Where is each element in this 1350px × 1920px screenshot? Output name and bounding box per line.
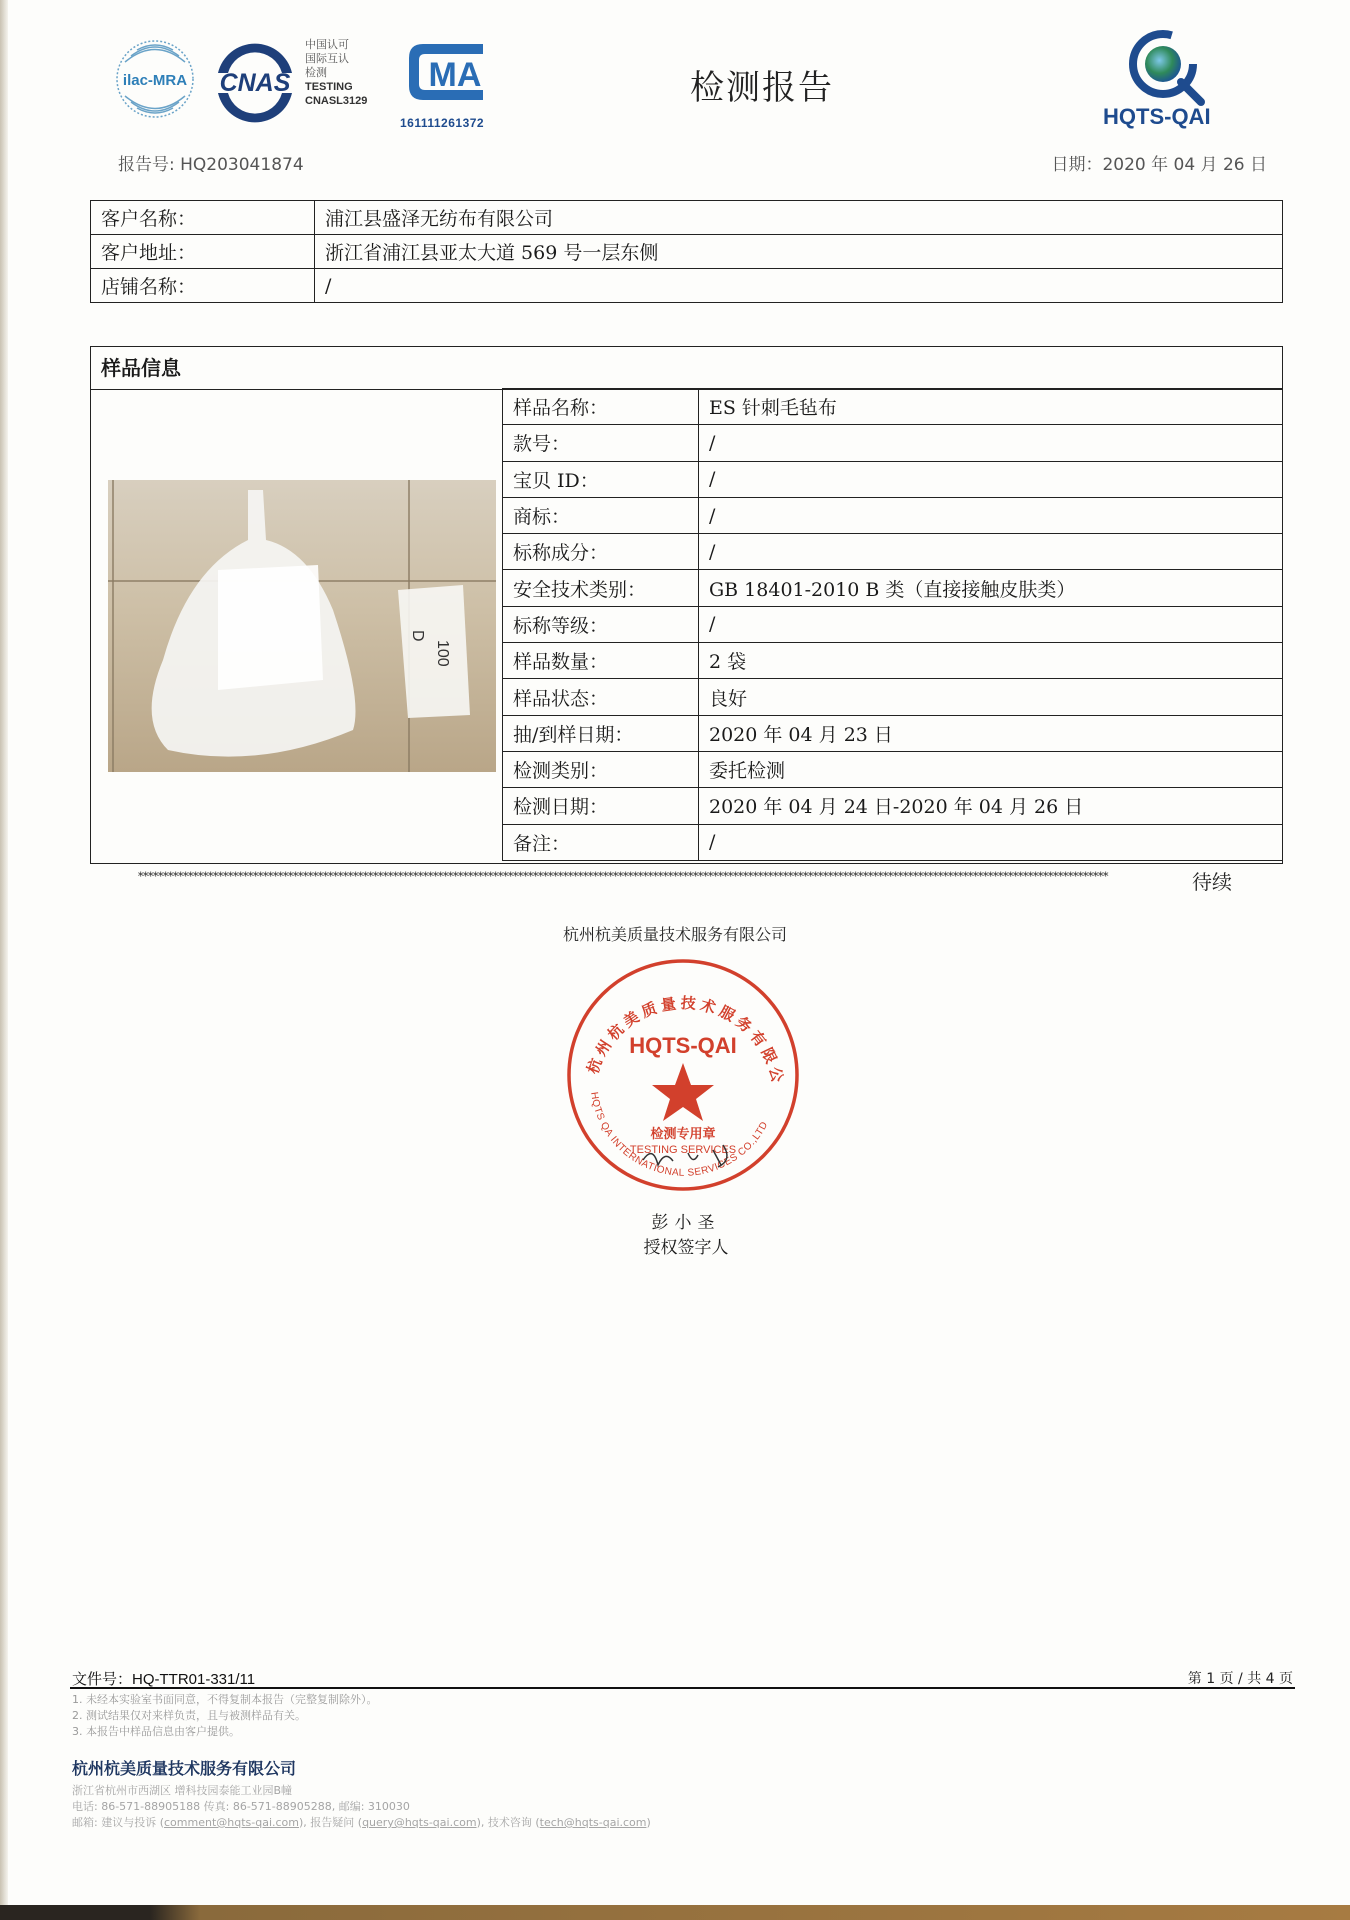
footer-notes: 1. 未经本实验室书面同意，不得复制本报告（完整复制除外）。 2. 测试结果仅对… (72, 1692, 378, 1740)
company-seal-stamp-icon: 杭州杭美质量技术服务有限公司 HQTS-QAI 检测专用章 TESTING SE… (563, 955, 803, 1195)
ma-label: MA (429, 56, 482, 94)
store-name-label: 店铺名称： (91, 269, 315, 303)
signatory-name: 彭小圣 (0, 1208, 1350, 1233)
cnas-line-1: 中国认可 (305, 38, 367, 52)
table-row: 款号：/ (503, 425, 1283, 461)
item-id-label: 宝贝 ID： (503, 461, 699, 497)
test-type-value: 委托检测 (699, 751, 1283, 787)
cma-logo-icon: MA (403, 36, 501, 108)
report-number: 报告号: HQ203041874 (118, 150, 304, 175)
grade-label: 标称等级： (503, 606, 699, 642)
table-row: 样品状态：良好 (503, 679, 1283, 715)
table-row: 客户地址： 浙江省浦江县亚太大道 569 号一层东侧 (91, 235, 1283, 269)
stamp-english-text: TESTING SERVICES (630, 1144, 736, 1156)
stamp-chinese-text: 检测专用章 (650, 1126, 715, 1142)
cnas-label: CNAS (220, 69, 291, 97)
table-row: 抽/到样日期：2020 年 04 月 23 日 (503, 715, 1283, 751)
hqts-logo-text: HQTS-QAI (1103, 104, 1211, 130)
sample-info-title: 样品信息 (91, 347, 1282, 390)
table-row: 备注：/ (503, 824, 1283, 860)
client-name-label: 客户名称： (91, 201, 315, 235)
store-name-value: / (315, 269, 1283, 303)
composition-label: 标称成分： (503, 534, 699, 570)
client-info-table: 客户名称： 浦江县盛泽无纺布有限公司 客户地址： 浙江省浦江县亚太大道 569 … (90, 200, 1283, 303)
client-name-value: 浦江县盛泽无纺布有限公司 (315, 201, 1283, 235)
table-row: 检测类别：委托检测 (503, 751, 1283, 787)
cma-number: 161111261372 (400, 116, 484, 130)
continuation-stars: ****************************************… (138, 870, 1198, 884)
document-title: 检测报告 (690, 60, 834, 109)
client-address-label: 客户地址： (91, 235, 315, 269)
desk-background-strip (0, 1905, 1350, 1920)
stamp-center-text: HQTS-QAI (629, 1033, 737, 1058)
table-row: 客户名称： 浦江县盛泽无纺布有限公司 (91, 201, 1283, 235)
page-shadow-edge (0, 0, 8, 1905)
remarks-value: / (699, 824, 1283, 860)
continuation-label: 待续 (1192, 866, 1232, 895)
note-3: 3. 本报告中样品信息由客户提供。 (72, 1724, 378, 1740)
footer-company-name: 杭州杭美质量技术服务有限公司 (72, 1756, 296, 1779)
cnas-logo-icon: CNAS (210, 38, 300, 126)
table-row: 检测日期：2020 年 04 月 24 日-2020 年 04 月 26 日 (503, 788, 1283, 824)
query-email-link[interactable]: query@hqts-qai.com (362, 1816, 477, 1829)
table-row: 样品名称：ES 针刺毛毡布 (503, 389, 1283, 425)
footer-emails: 邮箱: 建议与投诉 (comment@hqts-qai.com), 报告疑问 (… (72, 1815, 651, 1831)
cnas-number: CNASL3129 (305, 94, 367, 108)
item-id-value: / (699, 461, 1283, 497)
quantity-label: 样品数量： (503, 643, 699, 679)
stamp-top-arc-text: 杭州杭美质量技术服务有限公司 (563, 955, 787, 1088)
sample-name-value: ES 针刺毛毡布 (699, 389, 1283, 425)
email-separator-1: ), 报告疑问 ( (299, 1816, 362, 1829)
email-separator-2: ), 技术咨询 ( (477, 1816, 540, 1829)
complaint-email-link[interactable]: comment@hqts-qai.com (164, 1816, 299, 1829)
client-address-value: 浙江省浦江县亚太大道 569 号一层东侧 (315, 235, 1283, 269)
table-row: 标称成分：/ (503, 534, 1283, 570)
quantity-value: 2 袋 (699, 643, 1283, 679)
report-date: 日期：2020 年 04 月 26 日 (1051, 150, 1267, 175)
test-period-label: 检测日期： (503, 788, 699, 824)
sample-photo: 100 D (108, 480, 496, 772)
cnas-line-3: 检测 (305, 66, 367, 80)
table-row: 安全技术类别：GB 18401-2010 B 类（直接接触皮肤类） (503, 570, 1283, 606)
signatory-title: 授权签字人 (0, 1233, 1350, 1258)
cnas-testing: TESTING (305, 80, 367, 94)
safety-category-label: 安全技术类别： (503, 570, 699, 606)
cnas-line-2: 国际互认 (305, 52, 367, 66)
footer-contact-info: 浙江省杭州市西湖区 增科技园泰能工业园B幢 电话: 86-571-8890518… (72, 1783, 651, 1831)
condition-value: 良好 (699, 679, 1283, 715)
footer-divider (70, 1687, 1295, 1689)
ilac-label: ilac-MRA (123, 72, 187, 89)
svg-text:D: D (409, 630, 426, 642)
receipt-date-value: 2020 年 04 月 23 日 (699, 715, 1283, 751)
table-row: 样品数量：2 袋 (503, 643, 1283, 679)
svg-text:100: 100 (434, 640, 451, 667)
email-prefix: 邮箱: 建议与投诉 ( (72, 1816, 164, 1829)
page-indicator: 第 1 页 / 共 4 页 (1188, 1668, 1293, 1688)
file-number: 文件号：HQ-TTR01-331/11 (72, 1668, 255, 1689)
hqts-magnifier-globe-logo-icon (1125, 28, 1215, 108)
trademark-value: / (699, 497, 1283, 533)
composition-value: / (699, 534, 1283, 570)
note-1: 1. 未经本实验室书面同意，不得复制本报告（完整复制除外）。 (72, 1692, 378, 1708)
trademark-label: 商标： (503, 497, 699, 533)
style-number-label: 款号： (503, 425, 699, 461)
note-2: 2. 测试结果仅对来样负责，且与被测样品有关。 (72, 1708, 378, 1724)
footer-address: 浙江省杭州市西湖区 增科技园泰能工业园B幢 (72, 1783, 651, 1799)
cnas-accreditation-text: 中国认可 国际互认 检测 TESTING CNASL3129 (305, 38, 367, 108)
safety-category-value: GB 18401-2010 B 类（直接接触皮肤类） (699, 570, 1283, 606)
sample-info-table: 样品名称：ES 针刺毛毡布 款号：/ 宝贝 ID：/ 商标：/ 标称成分：/ 安… (502, 388, 1283, 861)
tech-email-link[interactable]: tech@hqts-qai.com (540, 1816, 647, 1829)
sample-bag-illustration-icon: 100 D (108, 480, 496, 772)
test-period-value: 2020 年 04 月 24 日-2020 年 04 月 26 日 (699, 788, 1283, 824)
svg-text:杭州杭美质量技术服务有限公司: 杭州杭美质量技术服务有限公司 (563, 955, 787, 1088)
issuing-company: 杭州杭美质量技术服务有限公司 (0, 922, 1350, 945)
ilac-mra-logo-icon: ilac-MRA (115, 32, 195, 127)
sample-name-label: 样品名称： (503, 389, 699, 425)
test-type-label: 检测类别： (503, 751, 699, 787)
style-number-value: / (699, 425, 1283, 461)
stamp-star-icon (652, 1063, 714, 1121)
footer-phone: 电话: 86-571-88905188 传真: 86-571-88905288,… (72, 1799, 651, 1815)
condition-label: 样品状态： (503, 679, 699, 715)
receipt-date-label: 抽/到样日期： (503, 715, 699, 751)
remarks-label: 备注： (503, 824, 699, 860)
grade-value: / (699, 606, 1283, 642)
table-row: 宝贝 ID：/ (503, 461, 1283, 497)
table-row: 商标：/ (503, 497, 1283, 533)
email-suffix: ) (647, 1816, 651, 1829)
table-row: 标称等级：/ (503, 606, 1283, 642)
table-row: 店铺名称： / (91, 269, 1283, 303)
